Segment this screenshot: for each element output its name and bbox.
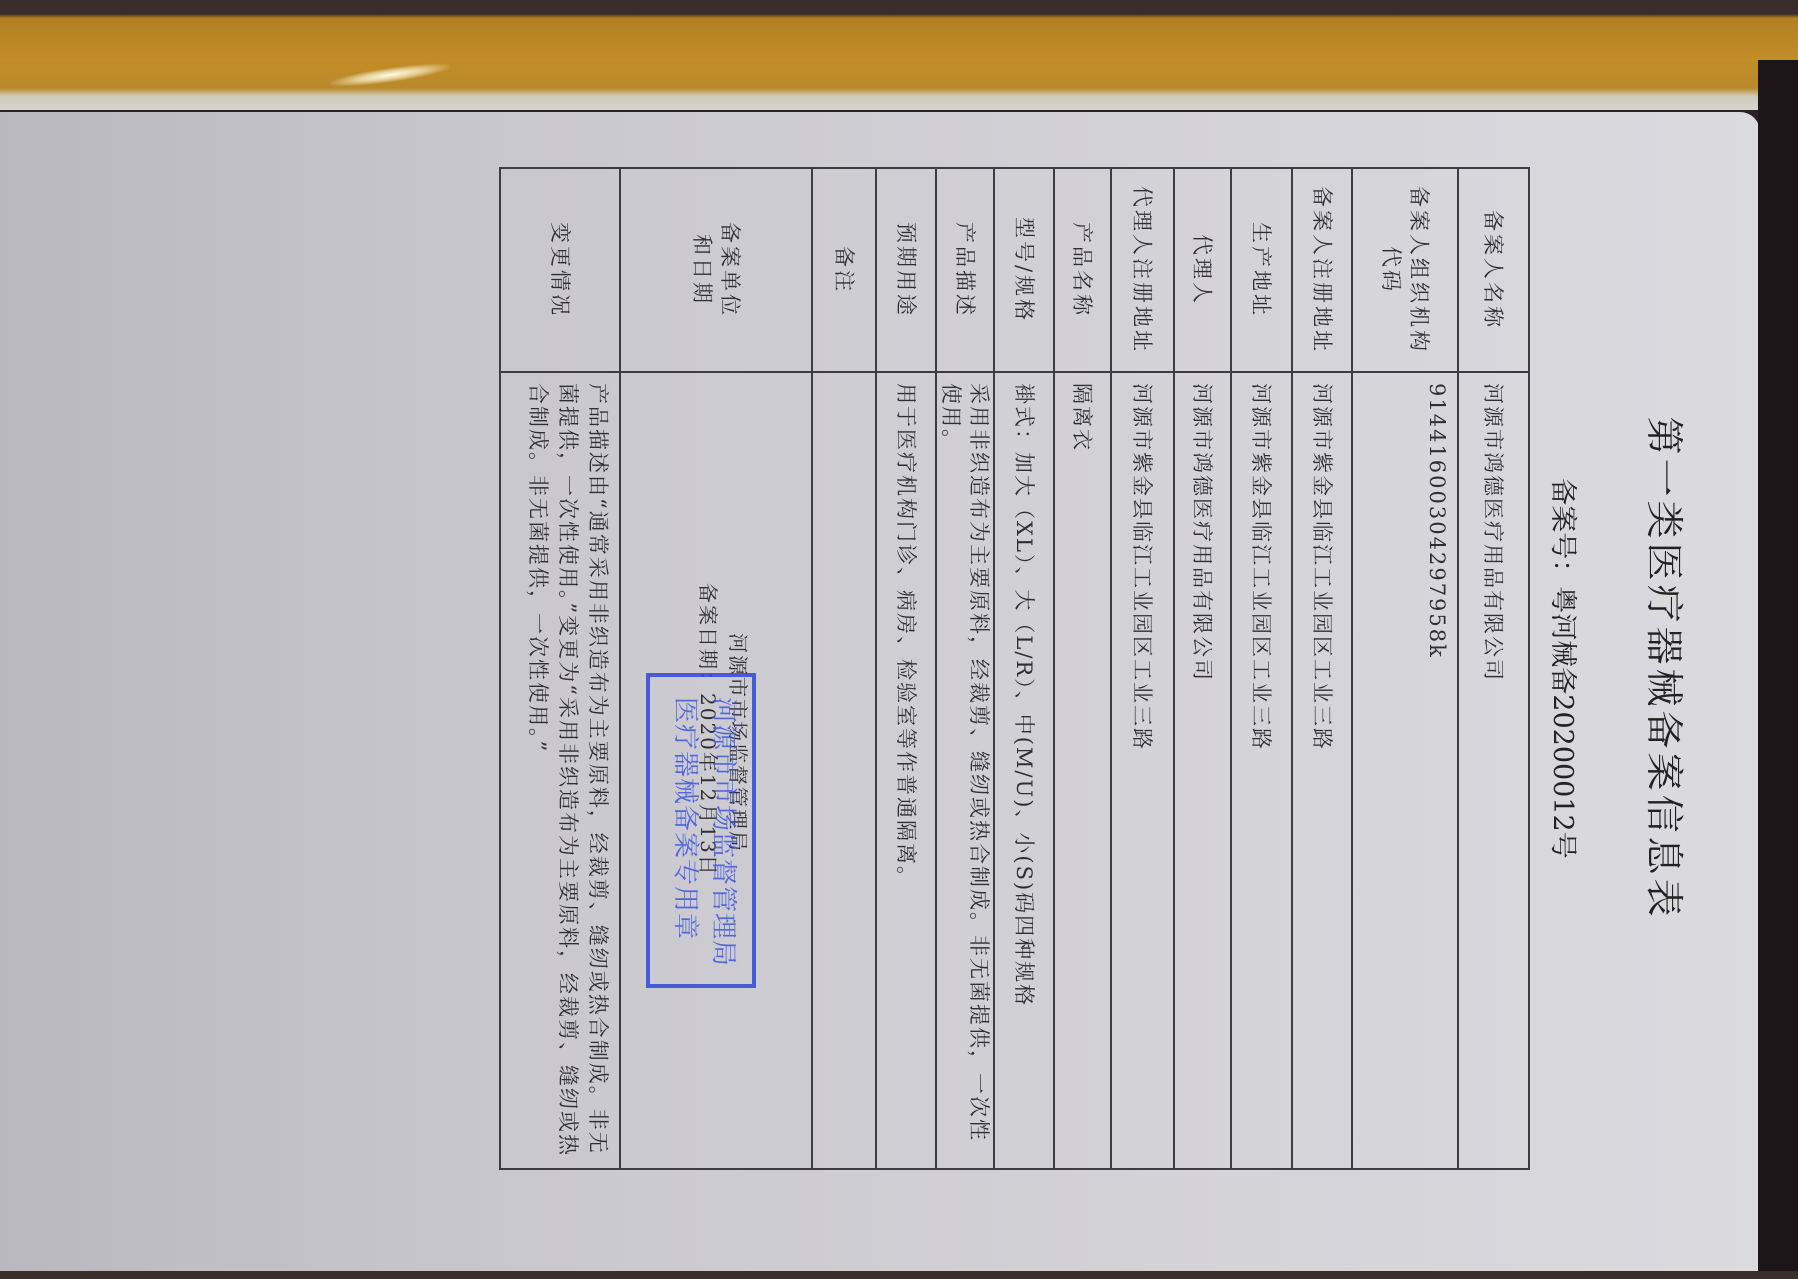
filing-unit-cell: 河源市市场监督管理局 备案日期：2020年12月13日 河源市市场监督管理局 医… [620,372,812,1169]
row-value: 产品描述由“通常采用非织造布为主要原料，经裁剪、缝纫或热合制成。非无菌提供，一次… [500,372,620,1169]
row-value: 隔离衣 [1054,372,1111,1169]
binder-edge-right [1758,60,1798,1279]
table-row: 型号/规格 褂式：加大（XL）、大（L/R）、中(M/U)、小(S)码四种规格 [994,168,1054,1169]
stamp-line-2: 医疗器械备案专用章 [666,697,704,974]
table-row: 产品名称 隔离衣 [1054,168,1111,1169]
filing-info-table: 备案人名称 河源市鸿德医疗用品有限公司 备案人组织机构代码 9144160030… [499,167,1530,1170]
official-stamp: 河源市市场监督管理局 医疗器械备案专用章 [646,673,756,988]
row-value: 河源市鸿德医疗用品有限公司 [1458,372,1529,1169]
binder-edge-top [0,0,1798,110]
rotated-document: 第一类医疗器械备案信息表 备案号：粤河械备20200012号 备案人名称 河源市… [435,167,1735,1170]
table-row: 生产地址 河源市紫金县临江工业园区工业三路 [1231,168,1292,1169]
table-row: 预期用途 用于医疗机构门诊、病房、检验室等作普通隔离。 [876,168,936,1169]
row-label: 产品描述 [936,168,994,372]
table-row: 产品描述 采用非织造布为主要原料，经裁剪、缝纫或热合制成。非无菌提供，一次性使用… [936,168,994,1169]
bottom-edge [0,1271,1798,1279]
table-row: 备案人组织机构代码 91441600304297958k [1352,168,1458,1169]
row-label: 备案人注册地址 [1292,168,1352,372]
row-label: 生产地址 [1231,168,1292,372]
row-label: 变更情况 [500,168,620,372]
row-label: 备案单位和日期 [620,168,812,372]
row-value: 用于医疗机构门诊、病房、检验室等作普通隔离。 [876,372,936,1169]
row-value: 褂式：加大（XL）、大（L/R）、中(M/U)、小(S)码四种规格 [994,372,1054,1169]
table-row: 代理人 河源市鸿德医疗用品有限公司 [1174,168,1231,1169]
row-value: 采用非织造布为主要原料，经裁剪、缝纫或热合制成。非无菌提供，一次性使用。 [936,372,994,1169]
row-value: 河源市紫金县临江工业园区工业三路 [1111,372,1174,1169]
row-value: 河源市紫金县临江工业园区工业三路 [1292,372,1352,1169]
table-row: 备注 [812,168,876,1169]
row-label: 备注 [812,168,876,372]
row-value [812,372,876,1169]
table-row: 备案人名称 河源市鸿德医疗用品有限公司 [1458,168,1529,1169]
table-row: 代理人注册地址 河源市紫金县临江工业园区工业三路 [1111,168,1174,1169]
row-label: 备案人名称 [1458,168,1529,372]
row-value: 91441600304297958k [1352,372,1458,1169]
row-label: 代理人 [1174,168,1231,372]
table-row: 备案人注册地址 河源市紫金县临江工业园区工业三路 [1292,168,1352,1169]
stamp-line-1: 河源市市场监督管理局 [704,697,742,974]
row-label: 产品名称 [1054,168,1111,372]
row-label: 备案人组织机构代码 [1352,168,1458,372]
record-number: 备案号：粤河械备20200012号 [1546,167,1585,1170]
row-label: 代理人注册地址 [1111,168,1174,372]
document-title: 第一类医疗器械备案信息表 [1640,167,1695,1170]
row-value: 河源市紫金县临江工业园区工业三路 [1231,372,1292,1169]
row-label: 预期用途 [876,168,936,372]
row-value: 河源市鸿德医疗用品有限公司 [1174,372,1231,1169]
row-label: 型号/规格 [994,168,1054,372]
table-row: 备案单位和日期 河源市市场监督管理局 备案日期：2020年12月13日 河源市市… [620,168,812,1169]
table-row: 变更情况 产品描述由“通常采用非织造布为主要原料，经裁剪、缝纫或热合制成。非无菌… [500,168,620,1169]
